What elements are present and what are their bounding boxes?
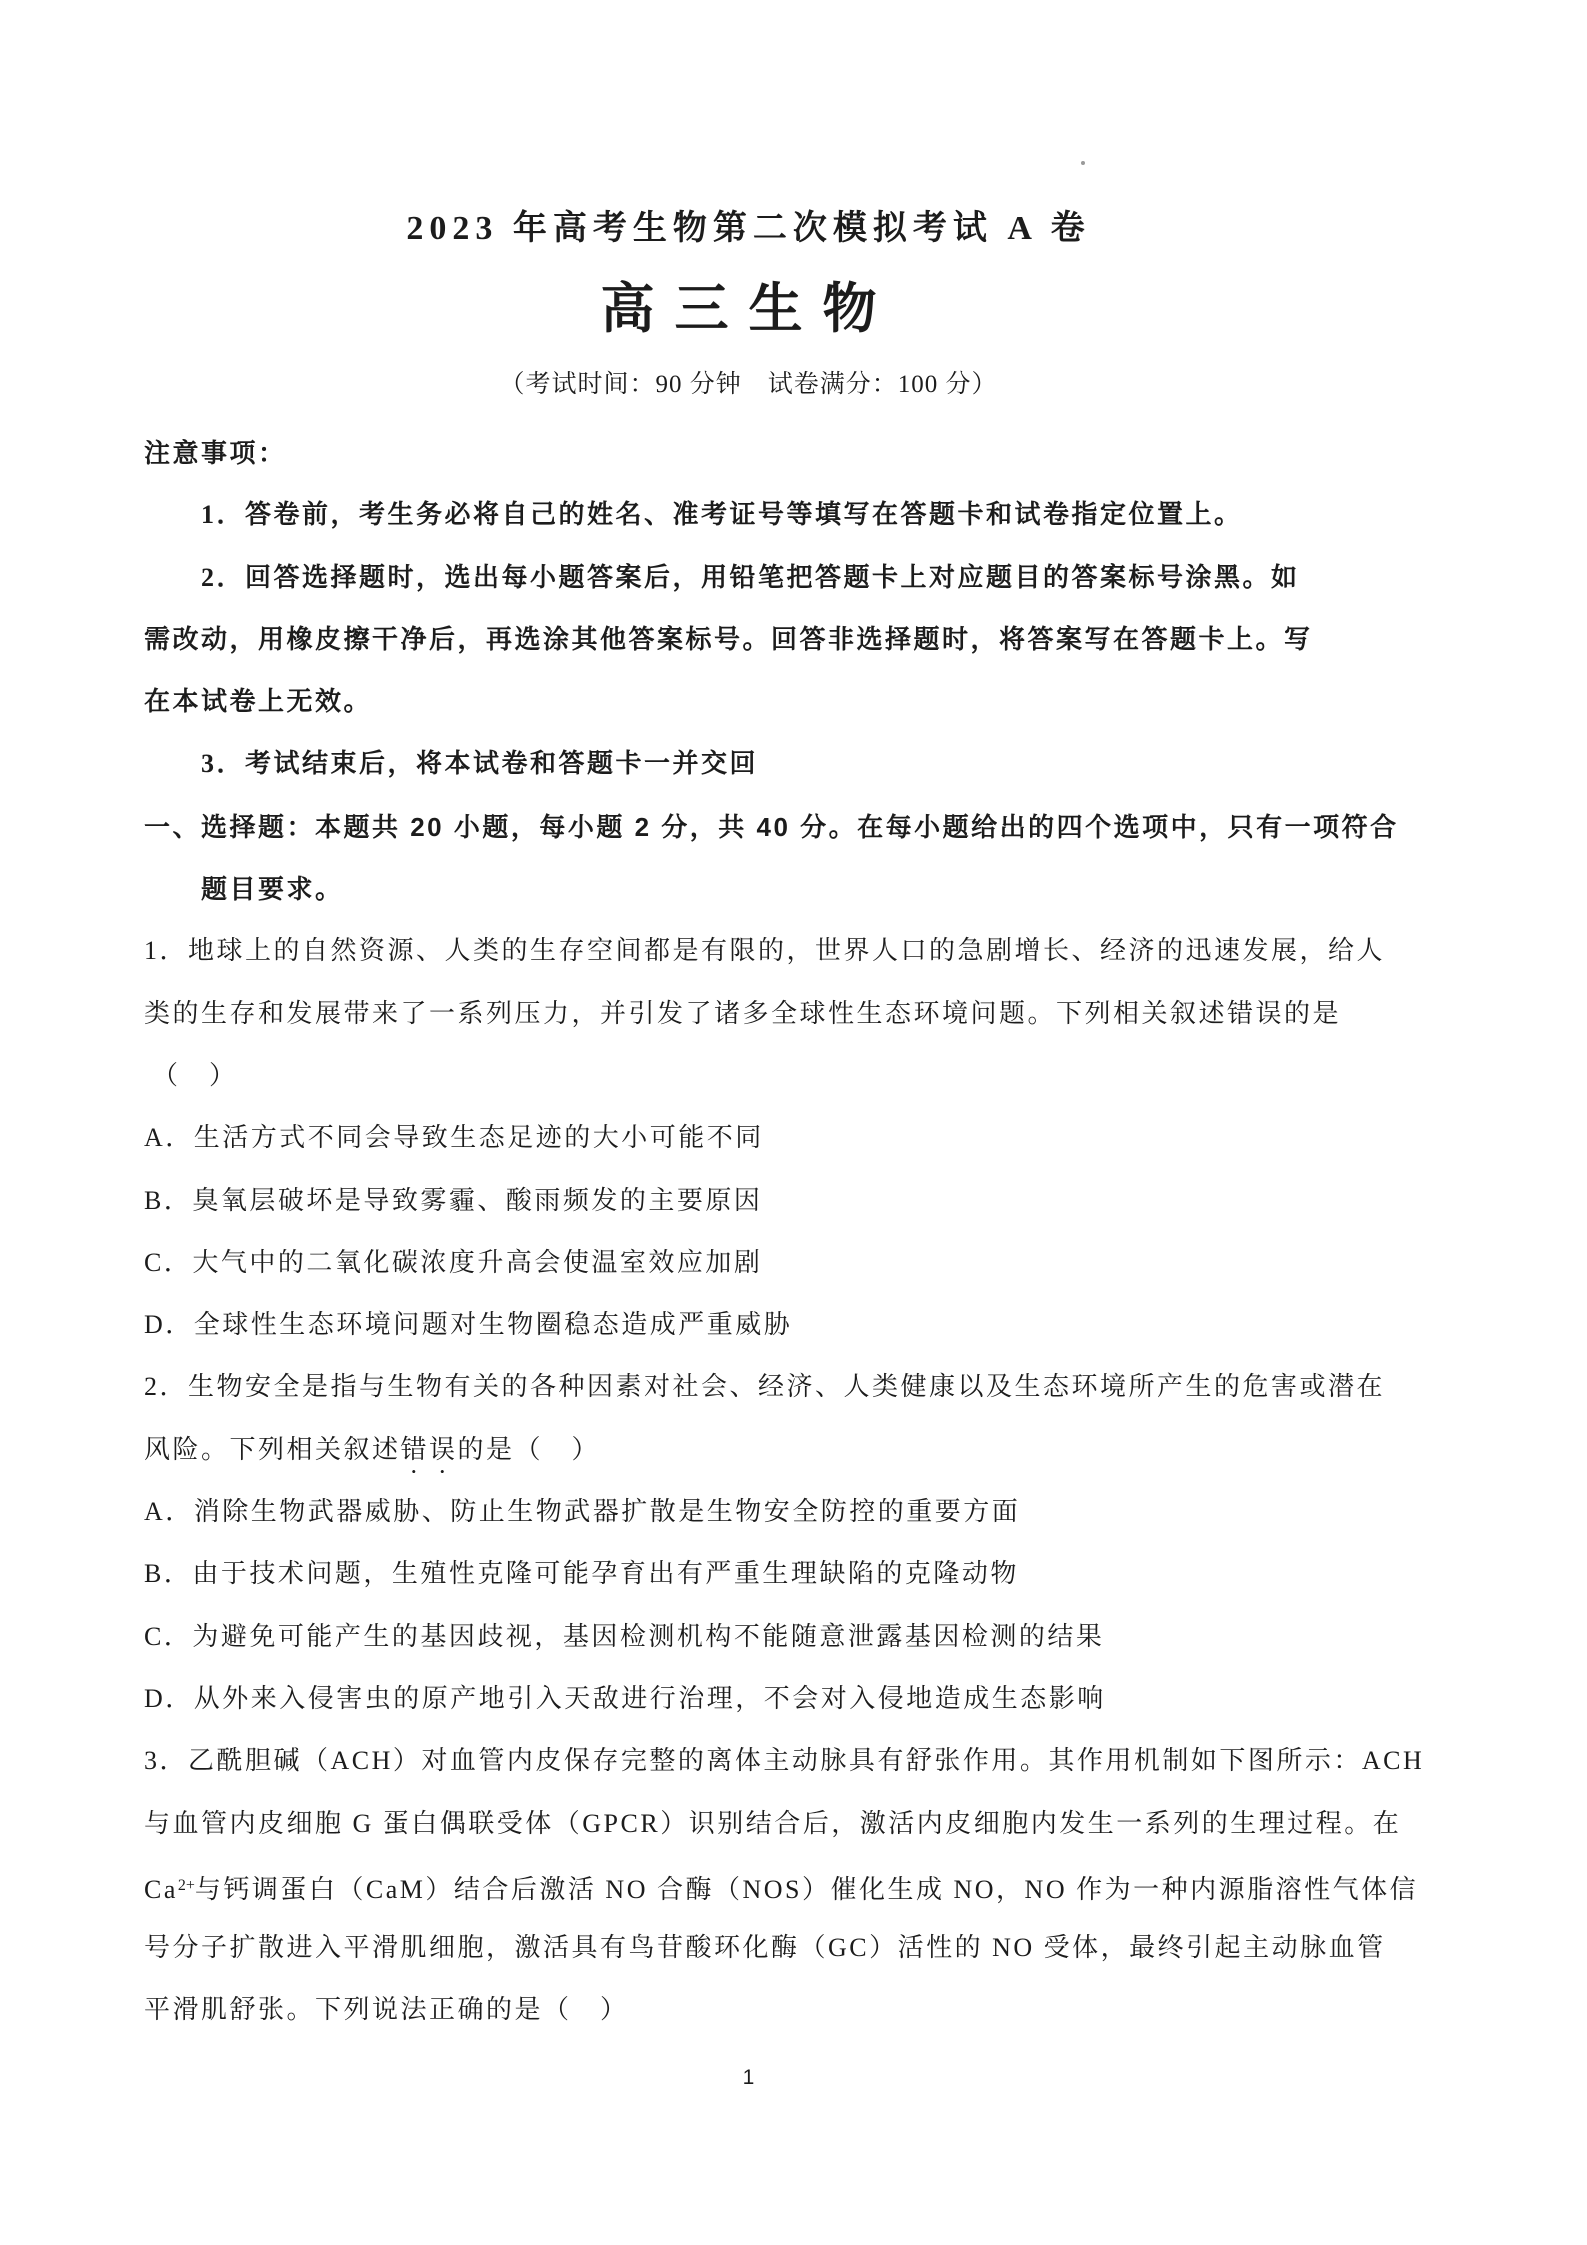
question-2-option-b: B．由于技术问题，生殖性克隆可能孕育出有严重生理缺陷的克隆动物 — [144, 1543, 1464, 1605]
notice-item-1: 1．答卷前，考生务必将自己的姓名、准考证号等填写在答题卡和试卷指定位置上。 — [144, 484, 1464, 546]
notice-item-2-line-2: 需改动，用橡皮擦干净后，再选涂其他答案标号。回答非选择题时，将答案写在答题卡上。… — [144, 609, 1464, 671]
question-1-line-2: 类的生存和发展带来了一系列压力，并引发了诸多全球性生态环境问题。下列相关叙述错误… — [144, 983, 1464, 1045]
question-2-option-c: C．为避免可能产生的基因歧视，基因检测机构不能随意泄露基因检测的结果 — [144, 1606, 1464, 1668]
notice-label: 注意事项： — [144, 422, 1464, 484]
page-number: 1 — [144, 2066, 1443, 2090]
notice-item-3: 3．考试结束后，将本试卷和答题卡一并交回 — [144, 733, 1464, 795]
notice-item-2-line-1: 2．回答选择题时，选出每小题答案后，用铅笔把答题卡上对应题目的答案标号涂黑。如 — [144, 547, 1464, 609]
question-3-calcium-symbol: Ca — [144, 1875, 178, 1904]
question-3-line-3: Ca2+与钙调蛋白（CaM）结合后激活 NO 合酶（NOS）催化生成 NO，NO… — [144, 1855, 1464, 1917]
exam-body: 注意事项： 1．答卷前，考生务必将自己的姓名、准考证号等填写在答题卡和试卷指定位… — [144, 422, 1464, 2042]
question-2-line-1: 2．生物安全是指与生物有关的各种因素对社会、经济、人类健康以及生态环境所产生的危… — [144, 1356, 1464, 1418]
section-1-header-line-1: 一、选择题：本题共 20 小题，每小题 2 分，共 40 分。在每小题给出的四个… — [144, 796, 1464, 858]
question-1-option-a: A．生活方式不同会导致生态足迹的大小可能不同 — [144, 1107, 1464, 1169]
question-3-line-2: 与血管内皮细胞 G 蛋白偶联受体（GPCR）识别结合后，激活内皮细胞内发生一系列… — [144, 1793, 1464, 1855]
question-2-line-2-post: 的是（ ） — [458, 1435, 601, 1464]
question-3-line-4: 号分子扩散进入平滑肌细胞，激活具有鸟苷酸环化酶（GC）活性的 NO 受体，最终引… — [144, 1917, 1464, 1979]
question-1-line-1: 1．地球上的自然资源、人类的生存空间都是有限的，世界人口的急剧增长、经济的迅速发… — [144, 920, 1464, 982]
exam-subtitle: 高三生物 — [144, 266, 1443, 343]
exam-title: 2023 年高考生物第二次模拟考试 A 卷 — [144, 200, 1443, 249]
notice-item-2-line-3: 在本试卷上无效。 — [144, 671, 1464, 733]
question-3-calcium-charge-superscript: 2+ — [178, 1877, 195, 1894]
stray-ink-mark — [1081, 161, 1085, 165]
exam-info-line: （考试时间：90 分钟 试卷满分：100 分） — [144, 364, 1443, 400]
question-3-line-1: 3．乙酰胆碱（ACH）对血管内皮保存完整的离体主动脉具有舒张作用。其作用机制如下… — [144, 1730, 1464, 1792]
exam-paper-page: 2023 年高考生物第二次模拟考试 A 卷 高三生物 （考试时间：90 分钟 试… — [0, 0, 1587, 2245]
question-2-line-2: 风险。下列相关叙述错误的是（ ） — [144, 1419, 1464, 1481]
section-1-header-line-2: 题目要求。 — [144, 858, 1464, 920]
question-1-option-b: B．臭氧层破坏是导致雾霾、酸雨频发的主要原因 — [144, 1170, 1464, 1232]
question-2-line-2-pre: 风险。下列相关叙述 — [144, 1435, 401, 1464]
question-2-option-d: D．从外来入侵害虫的原产地引入天敌进行治理，不会对入侵地造成生态影响 — [144, 1668, 1464, 1730]
question-2-option-a: A．消除生物武器威胁、防止生物武器扩散是生物安全防控的重要方面 — [144, 1481, 1464, 1543]
question-2-emphasized-word: 错误 — [401, 1435, 458, 1464]
question-1-answer-blank: （ ） — [144, 1045, 1464, 1107]
question-3-line-5: 平滑肌舒张。下列说法正确的是（ ） — [144, 1979, 1464, 2041]
question-1-option-c: C．大气中的二氧化碳浓度升高会使温室效应加剧 — [144, 1232, 1464, 1294]
question-1-option-d: D．全球性生态环境问题对生物圈稳态造成严重威胁 — [144, 1294, 1464, 1356]
question-3-line-3-rest: 与钙调蛋白（CaM）结合后激活 NO 合酶（NOS）催化生成 NO，NO 作为一… — [195, 1875, 1418, 1904]
